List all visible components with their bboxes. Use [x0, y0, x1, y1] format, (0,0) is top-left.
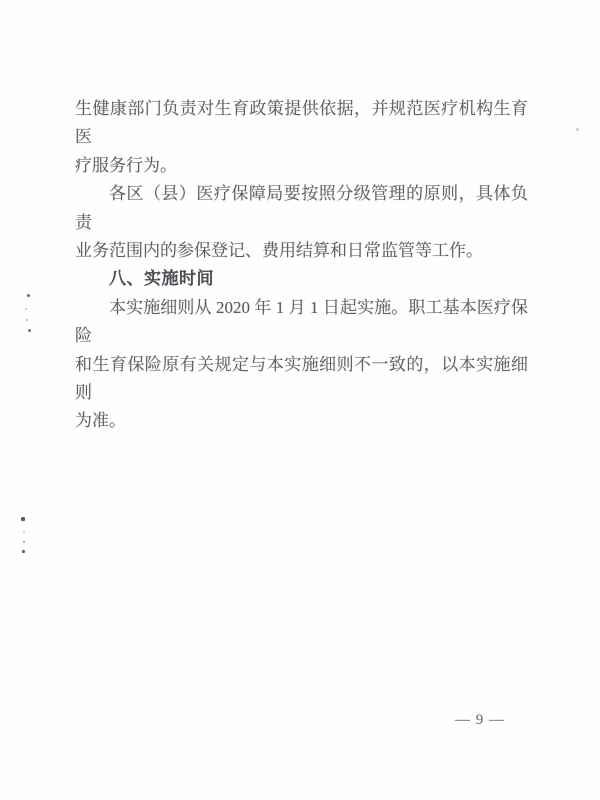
- scan-artifact-dot: [23, 541, 25, 543]
- body-line-5: 本实施细则从 2020 年 1 月 1 日起实施。职工基本医疗保险: [75, 294, 528, 351]
- page-number: — 9 —: [450, 712, 510, 729]
- scan-artifact-dot: [28, 329, 31, 332]
- scan-artifact-dot: [27, 294, 30, 297]
- scan-artifact-dot: [22, 550, 25, 553]
- scan-artifact-dot: [21, 517, 25, 521]
- body-line-3: 各区（县）医疗保障局要按照分级管理的原则，具体负责: [75, 180, 528, 237]
- scan-artifact-dot: [26, 319, 28, 321]
- body-line-6: 和生育保险原有关规定与本实施细则不一致的，以本实施细则: [75, 351, 528, 408]
- body-line-1: 生健康部门负责对生育政策提供依据，并规范医疗机构生育医: [75, 95, 528, 152]
- scanned-document-page: 生健康部门负责对生育政策提供依据，并规范医疗机构生育医 疗服务行为。 各区（县）…: [0, 0, 600, 800]
- scan-artifact-dot: [23, 531, 25, 533]
- body-line-4: 业务范围内的参保登记、费用结算和日常监管等工作。: [75, 237, 528, 265]
- scan-artifact-dot: [576, 128, 579, 131]
- body-line-7: 为准。: [75, 407, 528, 435]
- document-body: 生健康部门负责对生育政策提供依据，并规范医疗机构生育医 疗服务行为。 各区（县）…: [75, 95, 528, 436]
- body-line-2: 疗服务行为。: [75, 152, 528, 180]
- scan-artifact-dot: [25, 308, 27, 310]
- section-heading: 八、实施时间: [75, 265, 528, 293]
